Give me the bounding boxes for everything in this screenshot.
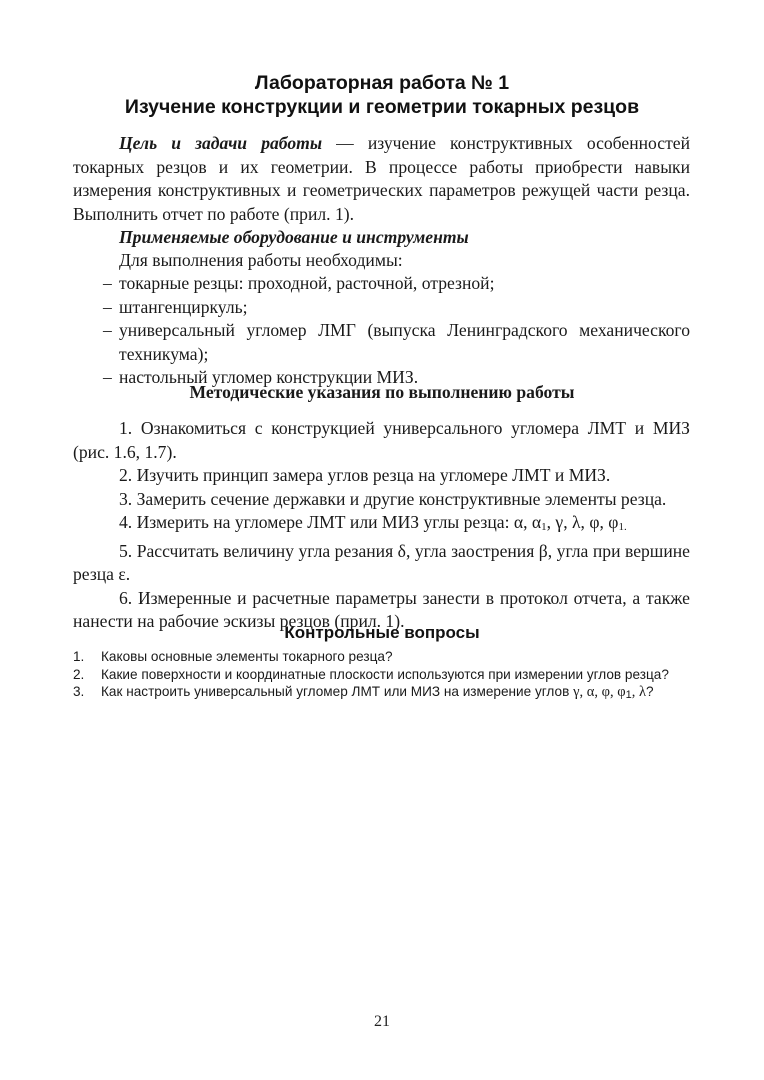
step-item: 3. Замерить сечение державки и другие ко…	[73, 488, 690, 512]
list-item: –штангенциркуль;	[103, 296, 690, 320]
equipment-heading: Применяемые оборудование и инструменты	[119, 226, 469, 250]
goal-paragraph: Цель и задачи работы — изучение конструк…	[73, 132, 690, 226]
step-item: 2. Изучить принцип замера углов резца на…	[73, 464, 690, 488]
list-item: –токарные резцы: проходной, расточной, о…	[103, 272, 690, 296]
equipment-list: –токарные резцы: проходной, расточной, о…	[103, 272, 690, 390]
question-number: 2.	[73, 666, 84, 684]
question-number: 3.	[73, 683, 84, 701]
dash-bullet: –	[103, 272, 112, 296]
document-title: Лабораторная работа № 1 Изучение констру…	[0, 71, 764, 119]
questions-heading: Контрольные вопросы	[0, 622, 764, 644]
method-heading: Методические указания по выполнению рабо…	[0, 381, 764, 405]
list-item: –универсальный угломер ЛМГ (выпуска Лени…	[103, 319, 690, 366]
page-number: 21	[0, 1013, 764, 1031]
question-item: 2.Какие поверхности и координатные плоск…	[73, 666, 690, 684]
question-item: 3.Как настроить универсальный угломер ЛМ…	[73, 683, 690, 705]
goal-label: Цель и задачи работы	[119, 133, 322, 153]
title-line-2: Изучение конструкции и геометрии токарны…	[0, 95, 764, 119]
dash-bullet: –	[103, 319, 112, 343]
dash-bullet: –	[103, 296, 112, 320]
step-item: 5. Рассчитать величину угла резания δ, у…	[73, 540, 690, 587]
step-item: 1. Ознакомиться с конструкцией универсал…	[73, 417, 690, 464]
equipment-intro: Для выполнения работы необходимы:	[119, 249, 403, 273]
question-number: 1.	[73, 648, 84, 666]
step-item: 4. Измерить на угломере ЛМТ или МИЗ углы…	[73, 511, 690, 540]
question-item: 1.Каковы основные элементы токарного рез…	[73, 648, 690, 666]
method-steps: 1. Ознакомиться с конструкцией универсал…	[73, 417, 690, 634]
title-line-1: Лабораторная работа № 1	[0, 71, 764, 95]
questions-list: 1.Каковы основные элементы токарного рез…	[73, 648, 690, 705]
document-page: Лабораторная работа № 1 Изучение констру…	[0, 0, 764, 1080]
